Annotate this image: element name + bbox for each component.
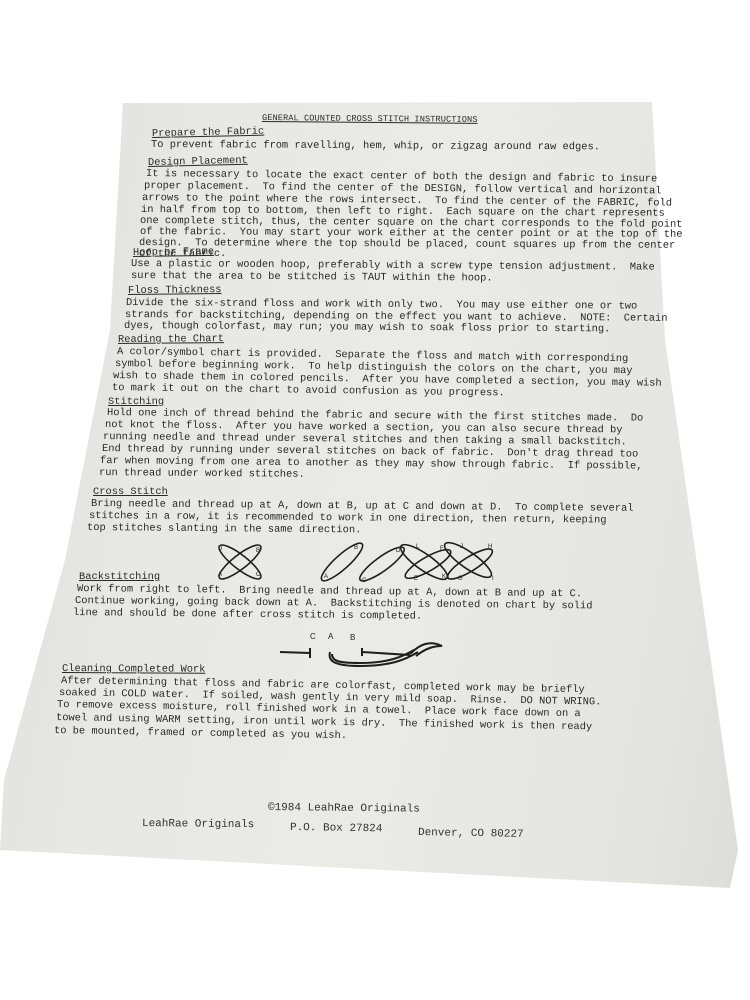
copyright-notice: ©1984 LeahRae Originals <box>268 802 420 816</box>
heading-floss-thickness: Floss Thickness <box>128 284 222 297</box>
text-line: To prevent fabric from ravelling, hem, w… <box>151 139 600 153</box>
diagram-label: F <box>440 546 444 552</box>
diagram-label: C <box>256 572 261 578</box>
text-line: top stitches slanting in the same direct… <box>87 522 361 536</box>
po-box: P.O. Box 27824 <box>290 822 383 835</box>
heading-design-placement: Design Placement <box>148 155 248 169</box>
diagram-label: K <box>442 574 446 580</box>
document-title: GENERAL COUNTED CROSS STITCH INSTRUCTION… <box>262 112 478 126</box>
cross-stitch-single-diagram: D B A C <box>210 540 270 585</box>
diagram-label: E <box>414 576 418 582</box>
diagram-label: A <box>324 574 328 580</box>
heading-hoop-frame: Hoop or Frame <box>133 246 214 259</box>
diagram-label: D <box>218 546 223 552</box>
text-line: sure that the area to be stitched is TAU… <box>131 270 493 285</box>
diagram-label: C <box>362 578 367 584</box>
backstitch-diagram: C A B <box>280 630 460 675</box>
cross-stitch-row-diagram: A B C D E F G H I J K L <box>318 538 518 588</box>
diagram-label: B <box>350 633 355 642</box>
diagram-label: H <box>488 544 492 550</box>
diagram-label: A <box>328 632 334 641</box>
diagram-label: G <box>458 576 463 582</box>
city-address: Denver, CO 80227 <box>418 827 524 841</box>
heading-backstitching: Backstitching <box>79 571 160 583</box>
diagram-label: C <box>310 632 316 641</box>
diagram-label: B <box>354 545 358 551</box>
diagram-label: B <box>256 548 260 554</box>
heading-reading-chart: Reading the Chart <box>118 333 224 346</box>
document-body: GENERAL COUNTED CROSS STITCH INSTRUCTION… <box>0 0 750 1000</box>
heading-prepare-fabric: Prepare the Fabric <box>152 126 264 140</box>
heading-cleaning-work: Cleaning Completed Work <box>62 663 205 676</box>
heading-cross-stitch: Cross Stitch <box>93 486 168 498</box>
diagram-label: A <box>218 572 222 578</box>
diagram-label: I <box>492 576 494 582</box>
diagram-label: D <box>396 548 401 554</box>
text-line: line and should be done after cross stit… <box>73 607 422 623</box>
text-line: run thread under worked stitches. <box>99 467 305 481</box>
diagram-label: J <box>460 544 463 550</box>
company-name: LeahRae Originals <box>142 818 254 831</box>
